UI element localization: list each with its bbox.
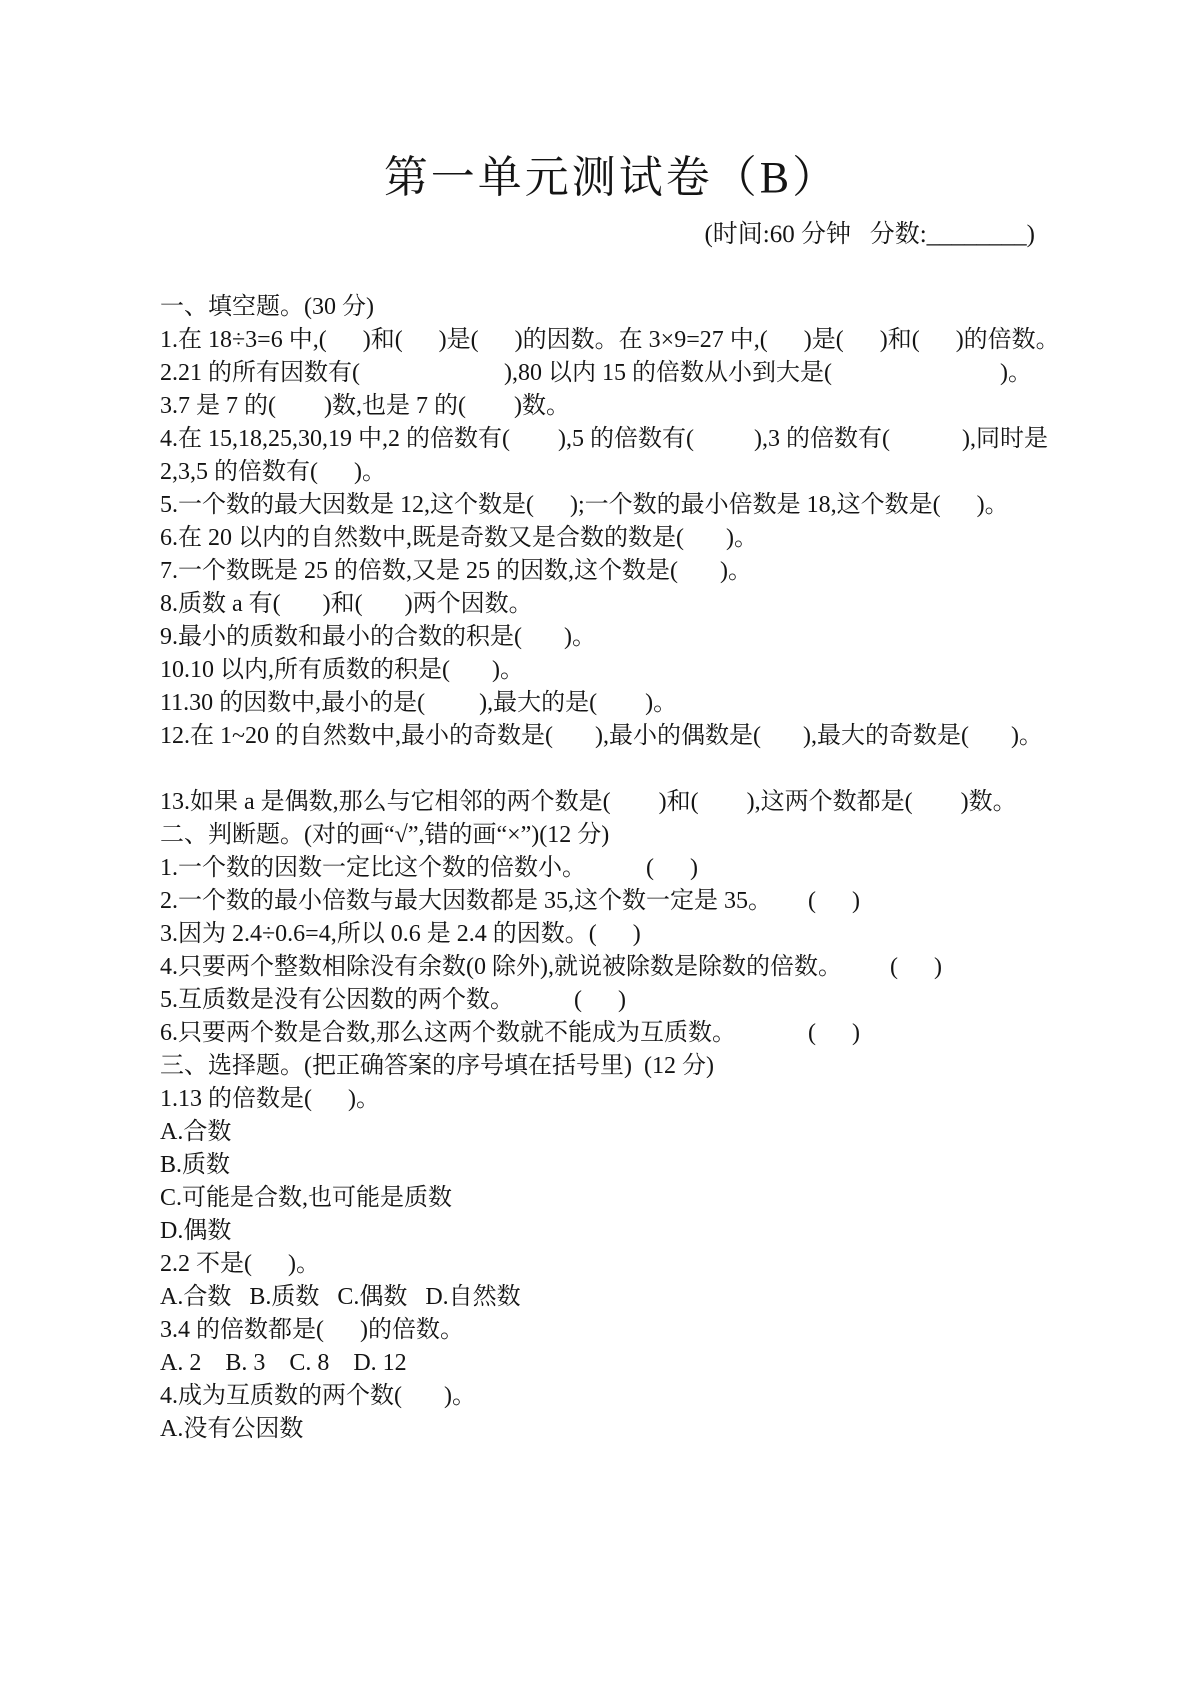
- section-multiple-choice: 三、选择题。(把正确答案的序号填在括号里) (12 分) 1.13 的倍数是( …: [160, 1050, 1063, 1446]
- question-line: 13.如果 a 是偶数,那么与它相邻的两个数是( )和( ),这两个数都是( )…: [160, 786, 1063, 819]
- page-title: 第一单元测试卷（B）: [160, 152, 1063, 205]
- question-line: 2.2 不是( )。: [160, 1248, 1063, 1281]
- multiple-choice-questions: 1.13 的倍数是( )。A.合数B.质数C.可能是合数,也可能是质数D.偶数2…: [160, 1083, 1063, 1446]
- question-line: 8.质数 a 有( )和( )两个因数。: [160, 588, 1063, 621]
- section-true-false: 二、判断题。(对的画“√”,错的画“×”)(12 分) 1.一个数的因数一定比这…: [160, 819, 1063, 1050]
- question-line: 1.在 18÷3=6 中,( )和( )是( )的因数。在 3×9=27 中,(…: [160, 324, 1063, 357]
- question-line: 11.30 的因数中,最小的是( ),最大的是( )。: [160, 687, 1063, 720]
- question-line: 1.13 的倍数是( )。: [160, 1083, 1063, 1116]
- section-heading-multiple-choice: 三、选择题。(把正确答案的序号填在括号里) (12 分): [160, 1050, 1063, 1083]
- fill-in-blanks-questions: 1.在 18÷3=6 中,( )和( )是( )的因数。在 3×9=27 中,(…: [160, 324, 1063, 819]
- question-line: 1.一个数的因数一定比这个数的倍数小。 ( ): [160, 852, 1063, 885]
- question-line: 2.一个数的最小倍数与最大因数都是 35,这个数一定是 35。 ( ): [160, 885, 1063, 918]
- question-line: A.合数 B.质数 C.偶数 D.自然数: [160, 1281, 1063, 1314]
- test-paper-page: 第一单元测试卷（B） (时间:60 分钟 分数:________) 一、填空题。…: [0, 0, 1191, 1684]
- question-line: A.没有公因数: [160, 1413, 1063, 1446]
- question-line: A.合数: [160, 1116, 1063, 1149]
- section-heading-fill-in-blanks: 一、填空题。(30 分): [160, 291, 1063, 324]
- question-line: 4.成为互质数的两个数( )。: [160, 1380, 1063, 1413]
- question-line: A. 2 B. 3 C. 8 D. 12: [160, 1347, 1063, 1380]
- question-line: 10.10 以内,所有质数的积是( )。: [160, 654, 1063, 687]
- question-line: 5.一个数的最大因数是 12,这个数是( );一个数的最小倍数是 18,这个数是…: [160, 489, 1063, 522]
- blank-line: [160, 753, 1063, 786]
- paper-body: 一、填空题。(30 分) 1.在 18÷3=6 中,( )和( )是( )的因数…: [160, 291, 1063, 1446]
- question-line: 3.4 的倍数都是( )的倍数。: [160, 1314, 1063, 1347]
- true-false-questions: 1.一个数的因数一定比这个数的倍数小。 ( )2.一个数的最小倍数与最大因数都是…: [160, 852, 1063, 1050]
- question-line: 3.因为 2.4÷0.6=4,所以 0.6 是 2.4 的因数。( ): [160, 918, 1063, 951]
- section-heading-true-false: 二、判断题。(对的画“√”,错的画“×”)(12 分): [160, 819, 1063, 852]
- question-line: 6.在 20 以内的自然数中,既是奇数又是合数的数是( )。: [160, 522, 1063, 555]
- question-line: 2.21 的所有因数有( ),80 以内 15 的倍数从小到大是( )。: [160, 357, 1063, 390]
- question-line: B.质数: [160, 1149, 1063, 1182]
- question-line: 4.只要两个整数相除没有余数(0 除外),就说被除数是除数的倍数。 ( ): [160, 951, 1063, 984]
- question-line: 9.最小的质数和最小的合数的积是( )。: [160, 621, 1063, 654]
- exam-meta-time-score: (时间:60 分钟 分数:________): [160, 219, 1035, 252]
- question-line: 3.7 是 7 的( )数,也是 7 的( )数。: [160, 390, 1063, 423]
- question-line: 5.互质数是没有公因数的两个数。 ( ): [160, 984, 1063, 1017]
- question-line: C.可能是合数,也可能是质数: [160, 1182, 1063, 1215]
- question-line: 7.一个数既是 25 的倍数,又是 25 的因数,这个数是( )。: [160, 555, 1063, 588]
- section-fill-in-blanks: 一、填空题。(30 分) 1.在 18÷3=6 中,( )和( )是( )的因数…: [160, 291, 1063, 819]
- question-line: 12.在 1~20 的自然数中,最小的奇数是( ),最小的偶数是( ),最大的奇…: [160, 720, 1063, 753]
- question-line: 2,3,5 的倍数有( )。: [160, 456, 1063, 489]
- question-line: D.偶数: [160, 1215, 1063, 1248]
- question-line: 4.在 15,18,25,30,19 中,2 的倍数有( ),5 的倍数有( )…: [160, 423, 1063, 456]
- question-line: 6.只要两个数是合数,那么这两个数就不能成为互质数。 ( ): [160, 1017, 1063, 1050]
